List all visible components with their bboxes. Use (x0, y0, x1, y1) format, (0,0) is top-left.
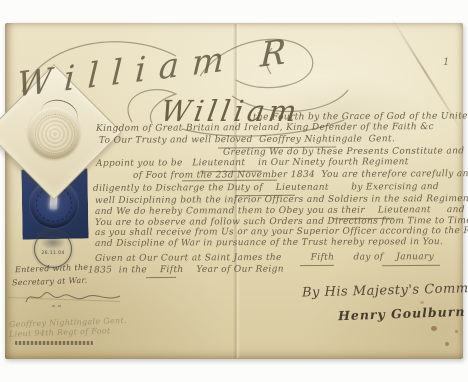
body-line: of Foot from the 23d November 1834 You a… (133, 170, 468, 181)
foxing-spot (431, 326, 437, 331)
body-line: Greeting We do by these Presents Constit… (223, 147, 464, 157)
body-line: the Fourth by the Grace of God of the Un… (253, 112, 468, 122)
body-line: Given at Our Court at Saint James the Fi… (95, 253, 434, 264)
foxing-spot (455, 330, 458, 333)
foxing-spot (420, 301, 424, 304)
postmark-date: 26.11.04 (35, 251, 71, 256)
body-line: 1835 in the Fifth Year of Our Reign (88, 265, 284, 275)
photographed-commission-document: 26.11.04 William R William 1 the Fourth … (0, 0, 468, 382)
body-line: To Our Trusty and well beloved Geoffrey … (99, 135, 395, 146)
printed-imprint (15, 341, 93, 345)
foxing-spot (445, 342, 449, 346)
war-office-signature-scrawl (22, 286, 126, 310)
postmark-crest-smudge (41, 236, 65, 249)
circular-postmark-stamp: 26.11.04 (34, 230, 72, 268)
body-line: Appoint you to be Lieutenant in Our Nine… (96, 158, 409, 169)
body-line: Kingdom of Great Britain and Ireland, Ki… (96, 123, 434, 134)
body-line: and Discipline of War in pursuance of th… (95, 238, 443, 249)
corner-numeral: 1 (443, 57, 449, 68)
body-line: diligently to Discharge the Duty of Lieu… (93, 183, 439, 194)
body-line: and We do hereby Command them to Obey yo… (95, 206, 465, 217)
